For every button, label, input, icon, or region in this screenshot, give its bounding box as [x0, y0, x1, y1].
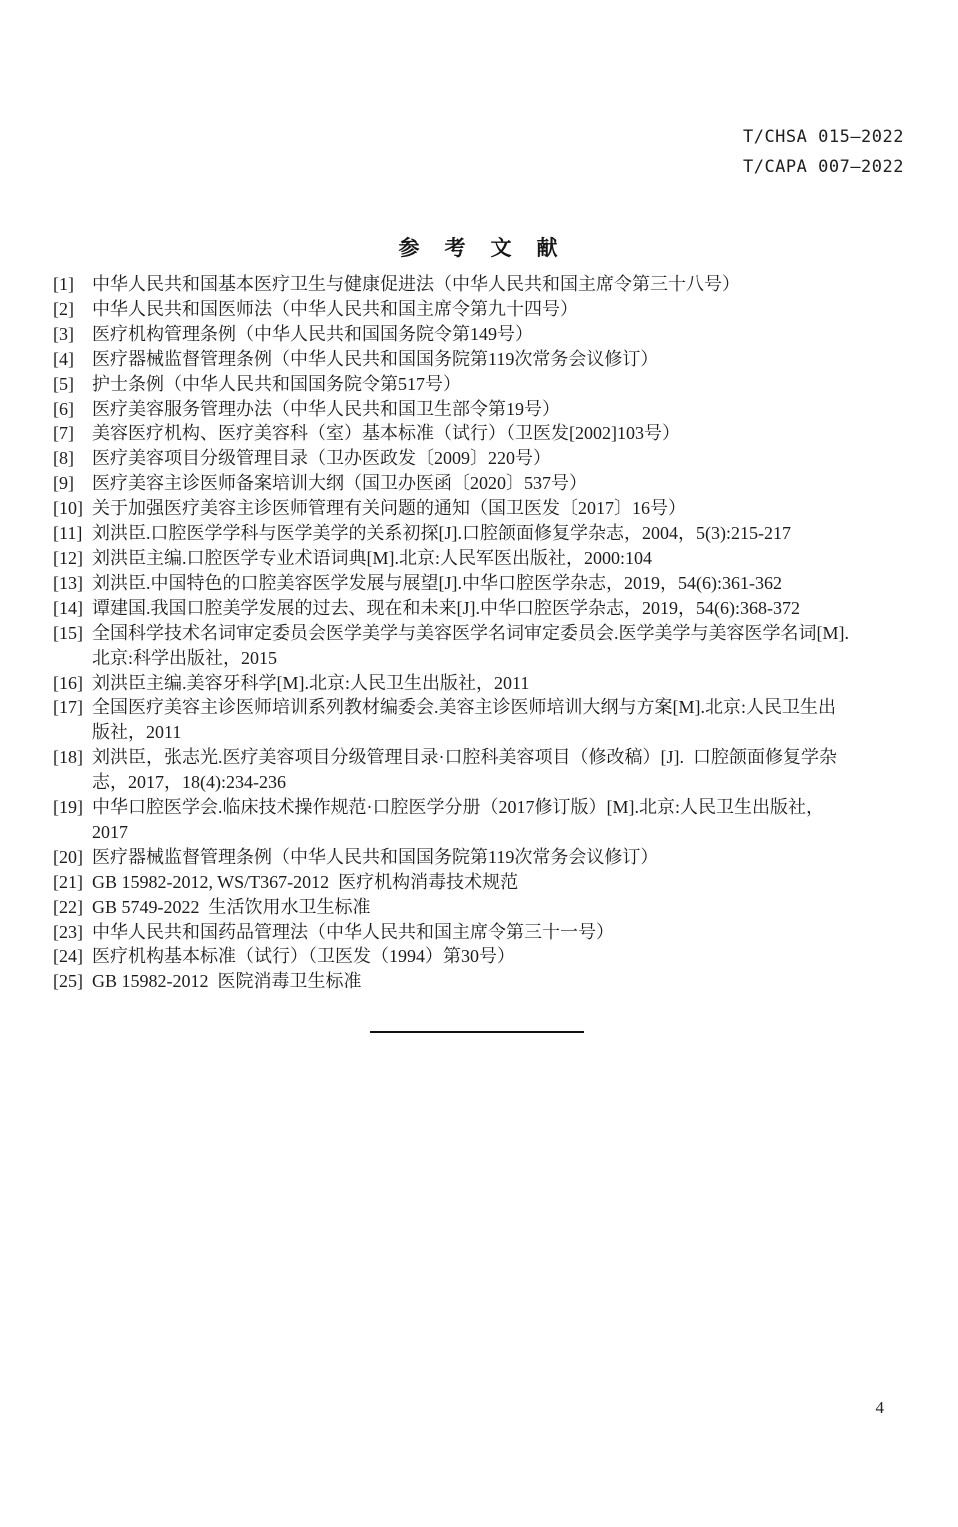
reference-number: [8] [53, 446, 92, 471]
reference-number: [1] [53, 272, 92, 297]
reference-text: 刘洪臣主编.美容牙科学[M].北京:人民卫生出版社，2011 [92, 673, 529, 693]
reference-number: [18] [53, 745, 92, 770]
footer-divider [370, 1031, 584, 1033]
reference-list: [1]中华人民共和国基本医疗卫生与健康促进法（中华人民共和国主席令第三十八号）[… [53, 272, 909, 994]
reference-text: 刘洪臣.口腔医学学科与医学美学的关系初探[J].口腔颌面修复学杂志，2004，5… [92, 523, 791, 543]
reference-text: 刘洪臣.中国特色的口腔美容医学发展与展望[J].中华口腔医学杂志，2019，54… [92, 573, 782, 593]
reference-item: [3]医疗机构管理条例（中华人民共和国国务院令第149号） [53, 322, 909, 347]
reference-item: [22]GB 5749-2022 生活饮用水卫生标准 [53, 895, 909, 920]
reference-number: [7] [53, 421, 92, 446]
reference-number: [16] [53, 671, 92, 696]
standard-code-line-2: T/CAPA 007—2022 [743, 152, 904, 182]
reference-number: [20] [53, 845, 92, 870]
reference-text: 中华人民共和国基本医疗卫生与健康促进法（中华人民共和国主席令第三十八号） [92, 274, 740, 294]
reference-item: [16]刘洪臣主编.美容牙科学[M].北京:人民卫生出版社，2011 [53, 671, 909, 696]
reference-number: [6] [53, 397, 92, 422]
reference-item: [6]医疗美容服务管理办法（中华人民共和国卫生部令第19号） [53, 397, 909, 422]
reference-number: [10] [53, 496, 92, 521]
reference-text: 关于加强医疗美容主诊医师管理有关问题的通知（国卫医发〔2017〕16号） [92, 498, 686, 518]
reference-number: [4] [53, 347, 92, 372]
reference-number: [21] [53, 870, 92, 895]
reference-number: [25] [53, 969, 92, 994]
page-number: 4 [876, 1398, 885, 1418]
reference-text: 中华人民共和国药品管理法（中华人民共和国主席令第三十一号） [92, 922, 614, 942]
reference-item: [15]全国科学技术名词审定委员会医学美学与美容医学名词审定委员会.医学美学与美… [53, 621, 909, 671]
reference-item: [7]美容医疗机构、医疗美容科（室）基本标准（试行）（卫医发[2002]103号… [53, 421, 909, 446]
reference-text: 美容医疗机构、医疗美容科（室）基本标准（试行）（卫医发[2002]103号） [92, 423, 680, 443]
reference-item: [5]护士条例（中华人民共和国国务院令第517号） [53, 372, 909, 397]
reference-item: [17]全国医疗美容主诊医师培训系列教材编委会.美容主诊医师培训大纲与方案[M]… [53, 695, 909, 745]
reference-text: 全国科学技术名词审定委员会医学美学与美容医学名词审定委员会.医学美学与美容医学名… [92, 623, 849, 668]
reference-item: [19]中华口腔医学会.临床技术操作规范·口腔医学分册（2017修订版）[M].… [53, 795, 909, 845]
reference-item: [18]刘洪臣，张志光.医疗美容项目分级管理目录·口腔科美容项目（修改稿）[J]… [53, 745, 909, 795]
reference-number: [17] [53, 695, 92, 720]
reference-item: [9]医疗美容主诊医师备案培训大纲（国卫办医函〔2020〕537号） [53, 471, 909, 496]
reference-text: 谭建国.我国口腔美学发展的过去、现在和未来[J].中华口腔医学杂志，2019，5… [92, 598, 800, 618]
reference-text: GB 15982-2012, WS/T367-2012 医疗机构消毒技术规范 [92, 872, 518, 892]
reference-number: [2] [53, 297, 92, 322]
reference-text: 医疗美容项目分级管理目录（卫办医政发〔2009〕220号） [92, 448, 551, 468]
reference-text: GB 5749-2022 生活饮用水卫生标准 [92, 897, 371, 917]
reference-item: [20]医疗器械监督管理条例（中华人民共和国国务院第119次常务会议修订） [53, 845, 909, 870]
reference-item: [14]谭建国.我国口腔美学发展的过去、现在和未来[J].中华口腔医学杂志，20… [53, 596, 909, 621]
reference-text: 医疗美容服务管理办法（中华人民共和国卫生部令第19号） [92, 399, 560, 419]
document-page: T/CHSA 015—2022 T/CAPA 007—2022 参 考 文 献 … [0, 0, 958, 1527]
reference-item: [24]医疗机构基本标准（试行）（卫医发（1994）第30号） [53, 944, 909, 969]
reference-number: [19] [53, 795, 92, 820]
reference-text: 全国医疗美容主诊医师培训系列教材编委会.美容主诊医师培训大纲与方案[M].北京:… [92, 697, 836, 742]
reference-number: [11] [53, 521, 92, 546]
reference-text: 护士条例（中华人民共和国国务院令第517号） [92, 374, 461, 394]
reference-text: 医疗机构管理条例（中华人民共和国国务院令第149号） [92, 324, 533, 344]
reference-number: [23] [53, 920, 92, 945]
reference-text: 中华人民共和国医师法（中华人民共和国主席令第九十四号） [92, 299, 578, 319]
reference-item: [11]刘洪臣.口腔医学学科与医学美学的关系初探[J].口腔颌面修复学杂志，20… [53, 521, 909, 546]
reference-item: [13]刘洪臣.中国特色的口腔美容医学发展与展望[J].中华口腔医学杂志，201… [53, 571, 909, 596]
reference-text: 医疗器械监督管理条例（中华人民共和国国务院第119次常务会议修订） [92, 847, 658, 867]
reference-item: [8]医疗美容项目分级管理目录（卫办医政发〔2009〕220号） [53, 446, 909, 471]
reference-text: 医疗机构基本标准（试行）（卫医发（1994）第30号） [92, 946, 515, 966]
reference-text: 刘洪臣主编.口腔医学专业术语词典[M].北京:人民军医出版社，2000:104 [92, 548, 652, 568]
reference-number: [5] [53, 372, 92, 397]
reference-text: 医疗器械监督管理条例（中华人民共和国国务院第119次常务会议修订） [92, 349, 658, 369]
reference-text: 中华口腔医学会.临床技术操作规范·口腔医学分册（2017修订版）[M].北京:人… [92, 797, 824, 842]
reference-number: [13] [53, 571, 92, 596]
standard-codes: T/CHSA 015—2022 T/CAPA 007—2022 [743, 122, 904, 182]
standard-code-line-1: T/CHSA 015—2022 [743, 122, 904, 152]
reference-number: [3] [53, 322, 92, 347]
reference-number: [22] [53, 895, 92, 920]
reference-item: [10]关于加强医疗美容主诊医师管理有关问题的通知（国卫医发〔2017〕16号） [53, 496, 909, 521]
reference-item: [2]中华人民共和国医师法（中华人民共和国主席令第九十四号） [53, 297, 909, 322]
reference-item: [25]GB 15982-2012 医院消毒卫生标准 [53, 969, 909, 994]
reference-number: [14] [53, 596, 92, 621]
reference-number: [24] [53, 944, 92, 969]
reference-item: [12]刘洪臣主编.口腔医学专业术语词典[M].北京:人民军医出版社，2000:… [53, 546, 909, 571]
reference-text: 刘洪臣，张志光.医疗美容项目分级管理目录·口腔科美容项目（修改稿）[J]. 口腔… [92, 747, 837, 792]
reference-number: [12] [53, 546, 92, 571]
reference-item: [4]医疗器械监督管理条例（中华人民共和国国务院第119次常务会议修订） [53, 347, 909, 372]
page-title: 参 考 文 献 [0, 232, 958, 262]
reference-item: [23]中华人民共和国药品管理法（中华人民共和国主席令第三十一号） [53, 920, 909, 945]
reference-text: 医疗美容主诊医师备案培训大纲（国卫办医函〔2020〕537号） [92, 473, 587, 493]
reference-item: [1]中华人民共和国基本医疗卫生与健康促进法（中华人民共和国主席令第三十八号） [53, 272, 909, 297]
reference-text: GB 15982-2012 医院消毒卫生标准 [92, 971, 362, 991]
reference-item: [21]GB 15982-2012, WS/T367-2012 医疗机构消毒技术… [53, 870, 909, 895]
reference-number: [15] [53, 621, 92, 646]
reference-number: [9] [53, 471, 92, 496]
